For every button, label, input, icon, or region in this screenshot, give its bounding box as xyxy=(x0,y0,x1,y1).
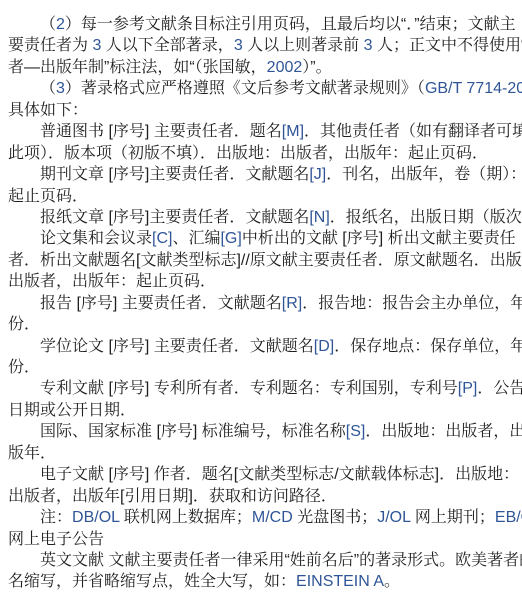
latin-text-segment: EINSTEIN A xyxy=(296,573,384,590)
text-segment: 者—出版年制”标注法，如“（张国敏， xyxy=(8,59,267,76)
text-line: 起止页码． xyxy=(8,186,516,207)
text-segment: ）每一参考文献条目标注引用页码，且最后均以“．”结束；文献主 xyxy=(65,16,516,33)
text-segment: 论文集和会议录 xyxy=(40,230,152,247)
latin-text-segment: J/OL xyxy=(377,509,410,526)
text-segment: ．报纸名，出版日期（版次）． xyxy=(330,209,522,226)
text-segment: ．报告地：报告会主办单位，年 xyxy=(302,295,522,312)
latin-text-segment: [C] xyxy=(152,230,172,247)
text-segment: 要责任者为 xyxy=(8,37,92,54)
text-segment: ．刊名，出版年，卷（期）： xyxy=(326,166,522,183)
text-line: 要责任者为 3 人以下全部著录，3 人以上则著录前 3 人；正文中不得使用“著 xyxy=(8,35,516,56)
text-line: 报纸文章 [序号]主要责任者．文献题名[N]．报纸名，出版日期（版次）． xyxy=(8,207,516,228)
latin-text-segment: 3 xyxy=(364,37,373,54)
latin-text-segment: [D] xyxy=(314,338,334,355)
document-page: （2）每一参考文献条目标注引用页码，且最后均以“．”结束；文献主要责任者为 3 … xyxy=(0,0,522,605)
text-line: 论文集和会议录[C]、汇编[G]中析出的文献 [序号] 析出文献主要责任 xyxy=(8,228,516,249)
text-line: 英文文献 文献主要责任者一律采用“姓前名后”的著录形式。欧美著者的 xyxy=(8,550,516,571)
text-segment: 国际、国家标准 [序号] 标准编号，标准名称 xyxy=(40,423,346,440)
latin-text-segment: [S] xyxy=(346,423,366,440)
text-line: 出版者，出版年[引用日期]．获取和访问路径． xyxy=(8,486,516,507)
latin-text-segment: [R] xyxy=(282,295,302,312)
latin-text-segment: 2002 xyxy=(267,59,303,76)
latin-text-segment: EB/OL xyxy=(495,509,522,526)
text-line: 版年． xyxy=(8,443,516,464)
text-segment: 报纸文章 [序号]主要责任者．文献题名 xyxy=(40,209,309,226)
text-segment: （ xyxy=(40,16,56,33)
text-line: 出版者，出版年：起止页码． xyxy=(8,271,516,292)
text-segment: 者．析出文献题名[文献类型标志]//原文献主要责任者．原文献题名．出版地： xyxy=(8,252,522,269)
text-segment: 英文文献 文献主要责任者一律采用“姓前名后”的著录形式。欧美著者的 xyxy=(40,552,522,569)
text-segment: 名缩写，并省略缩写点，姓全大写，如： xyxy=(8,573,296,590)
text-segment: 人以上则著录前 xyxy=(243,37,364,54)
text-segment: 。 xyxy=(384,573,400,590)
text-segment: ．出版地：出版者，出 xyxy=(365,423,522,440)
text-segment: 光盘图书； xyxy=(293,509,377,526)
text-line: 份． xyxy=(8,314,516,335)
text-segment: 网上期刊； xyxy=(410,509,494,526)
latin-text-segment: 2 xyxy=(56,16,65,33)
text-line: 学位论文 [序号] 主要责任者．文献题名[D]．保存地点：保存单位，年 xyxy=(8,336,516,357)
text-segment: 普通图书 [序号] 主要责任者．题名 xyxy=(40,123,282,140)
latin-text-segment: [N] xyxy=(309,209,329,226)
text-line: （3）著录格式应严格遵照《文后参考文献著录规则》（GB/T 7714-2005）… xyxy=(8,78,516,99)
text-line: 具体如下： xyxy=(8,100,516,121)
text-segment: ）著录格式应严格遵照《文后参考文献著录规则》（ xyxy=(65,80,425,97)
text-segment: 份． xyxy=(8,316,40,333)
text-segment: 联机网上数据库； xyxy=(119,509,251,526)
text-segment: 出版者，出版年[引用日期]．获取和访问路径． xyxy=(8,488,337,505)
text-segment: ．其他责任者（如有翻译者可填 xyxy=(304,123,522,140)
latin-text-segment: [J] xyxy=(309,166,326,183)
text-line: 普通图书 [序号] 主要责任者．题名[M]．其他责任者（如有翻译者可填 xyxy=(8,121,516,142)
text-segment: 份． xyxy=(8,359,40,376)
text-segment: 专利文献 [序号] 专利所有者．专利题名：专利国别，专利号 xyxy=(40,380,458,397)
text-segment: 人；正文中不得使用“著 xyxy=(373,37,522,54)
latin-text-segment: [G] xyxy=(220,230,241,247)
text-segment: 学位论文 [序号] 主要责任者．文献题名 xyxy=(40,338,314,355)
text-line: 电子文献 [序号] 作者．题名[文献类型标志/文献载体标志]．出版地： xyxy=(8,464,516,485)
text-segment: 网上电子公告 xyxy=(8,531,104,548)
text-line: 份． xyxy=(8,357,516,378)
text-segment: 中析出的文献 [序号] 析出文献主要责任 xyxy=(242,230,516,247)
text-segment: 版年． xyxy=(8,445,56,462)
text-segment: 人以下全部著录， xyxy=(101,37,233,54)
text-line: 此项）．版本项（初版不填）．出版地：出版者，出版年：起止页码． xyxy=(8,143,516,164)
text-segment: 报告 [序号] 主要责任者．文献题名 xyxy=(40,295,282,312)
text-segment: 具体如下： xyxy=(8,102,88,119)
text-line: 注：DB/OL 联机网上数据库；M/CD 光盘图书；J/OL 网上期刊；EB/O… xyxy=(8,507,516,528)
text-line: 名缩写，并省略缩写点，姓全大写，如：EINSTEIN A。 xyxy=(8,571,516,592)
text-segment: 、汇编 xyxy=(172,230,220,247)
text-segment: 电子文献 [序号] 作者．题名[文献类型标志/文献载体标志]．出版地： xyxy=(40,466,519,483)
text-line: 者—出版年制”标注法，如“（张国敏，2002）”。 xyxy=(8,57,516,78)
text-segment: 注： xyxy=(40,509,72,526)
text-line: 期刊文章 [序号]主要责任者．文献题名[J]．刊名，出版年，卷（期）： xyxy=(8,164,516,185)
text-line: 报告 [序号] 主要责任者．文献题名[R]．报告地：报告会主办单位，年 xyxy=(8,293,516,314)
text-line: （2）每一参考文献条目标注引用页码，且最后均以“．”结束；文献主 xyxy=(8,14,516,35)
text-line: 网上电子公告 xyxy=(8,529,516,550)
text-line: 日期或公开日期． xyxy=(8,400,516,421)
text-segment: 此项）．版本项（初版不填）．出版地：出版者，出版年：起止页码． xyxy=(8,145,488,162)
latin-text-segment: [M] xyxy=(282,123,304,140)
text-line: 国际、国家标准 [序号] 标准编号，标准名称[S]．出版地：出版者，出 xyxy=(8,421,516,442)
text-segment: 起止页码． xyxy=(8,188,88,205)
latin-text-segment: M/CD xyxy=(252,509,293,526)
latin-text-segment: [P] xyxy=(458,380,478,397)
text-line: 者．析出文献题名[文献类型标志]//原文献主要责任者．原文献题名．出版地： xyxy=(8,250,516,271)
latin-text-segment: DB/OL xyxy=(72,509,119,526)
text-segment: 出版者，出版年：起止页码． xyxy=(8,273,216,290)
text-segment: ．保存地点：保存单位，年 xyxy=(334,338,522,355)
text-segment: （ xyxy=(40,80,56,97)
text-segment: 期刊文章 [序号]主要责任者．文献题名 xyxy=(40,166,309,183)
text-segment: ．公告 xyxy=(477,380,522,397)
text-segment: 日期或公开日期． xyxy=(8,402,136,419)
text-line: 专利文献 [序号] 专利所有者．专利题名：专利国别，专利号[P]．公告 xyxy=(8,378,516,399)
latin-text-segment: GB/T 7714-2005 xyxy=(425,80,522,97)
latin-text-segment: 3 xyxy=(234,37,243,54)
text-segment: ）”。 xyxy=(302,59,331,76)
latin-text-segment: 3 xyxy=(56,80,65,97)
